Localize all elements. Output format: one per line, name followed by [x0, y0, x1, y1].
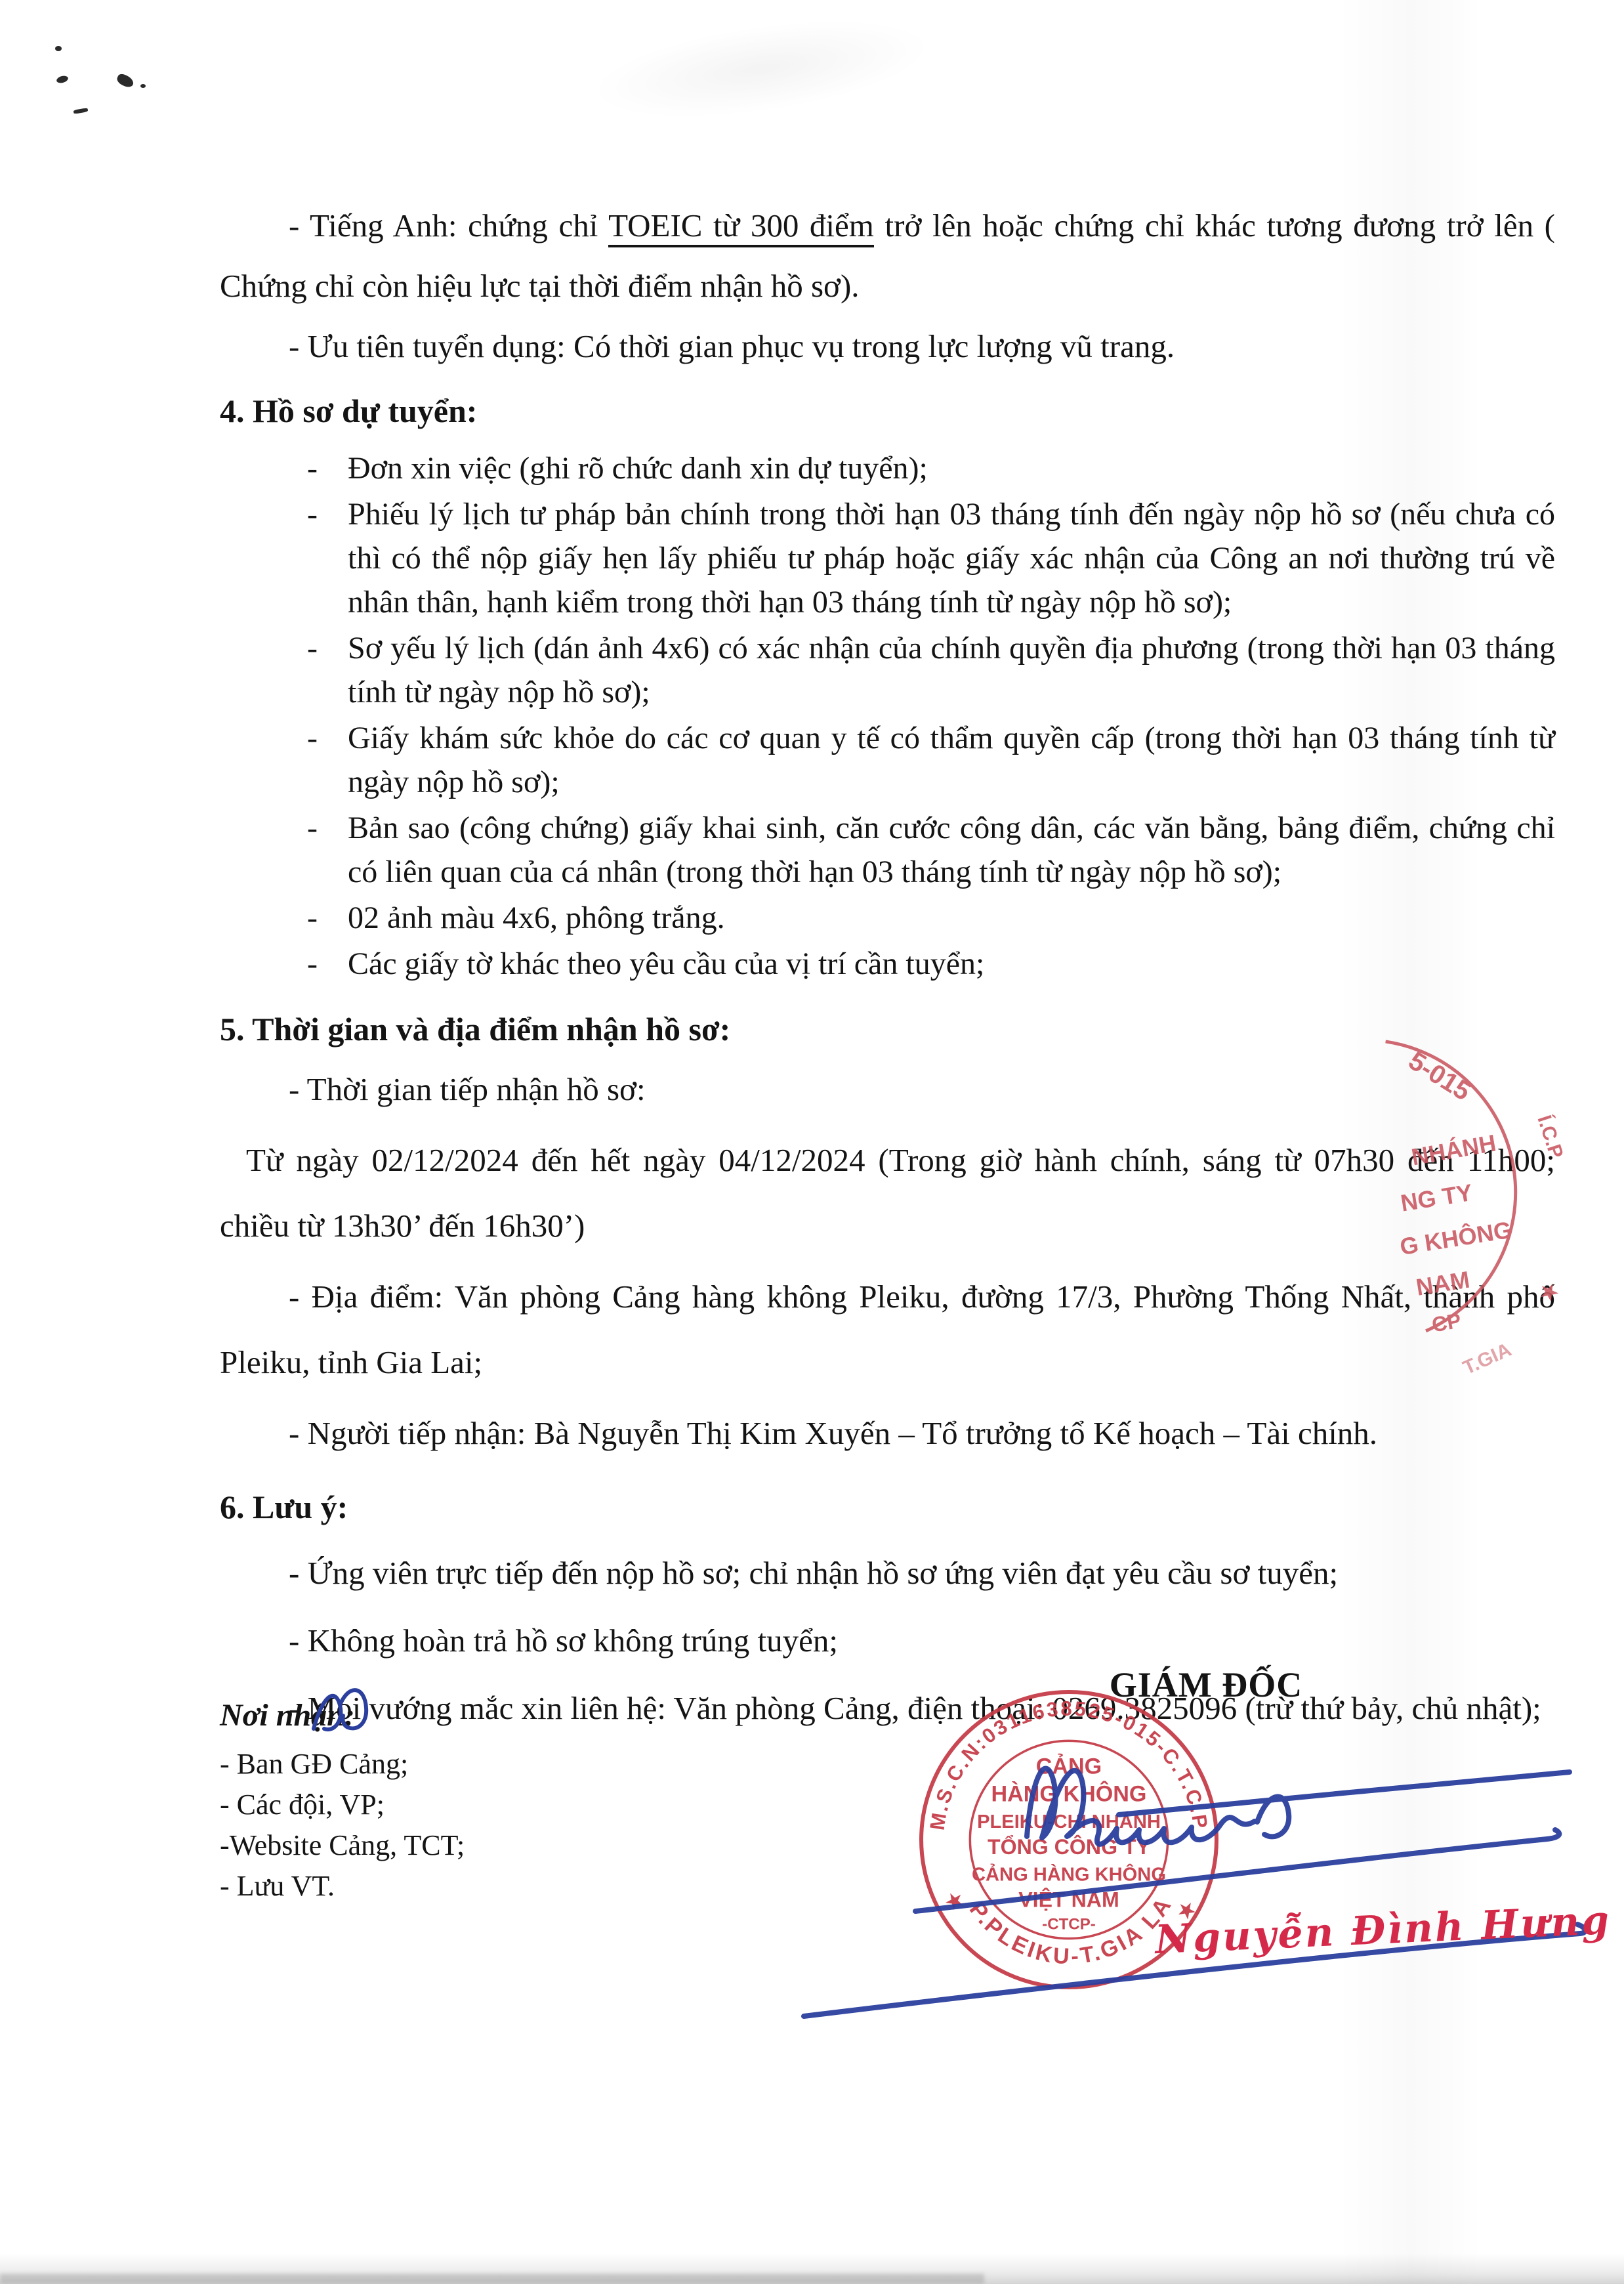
- partial-stamp-bottom: T.GIA: [1460, 1339, 1514, 1379]
- partial-stamp-line: NG TY: [1399, 1179, 1474, 1217]
- recipient-line: - Lưu VT.: [220, 1866, 465, 1907]
- list-item: -Giấy khám sức khỏe do các cơ quan y tế …: [348, 716, 1555, 804]
- section-6-title: 6. Lưu ý:: [220, 1477, 1555, 1537]
- toeic-underline: TOEIC từ 300 điểm: [608, 207, 874, 247]
- intro-text-pre: - Tiếng Anh: chứng chỉ: [289, 207, 608, 243]
- signature-stroke-upper: [1119, 1772, 1570, 1815]
- list-item: -Các giấy tờ khác theo yêu cầu của vị tr…: [348, 942, 1555, 986]
- list-item-text: Giấy khám sức khỏe do các cơ quan y tế c…: [348, 721, 1555, 799]
- section-4-title: 4. Hồ sơ dự tuyển:: [220, 381, 1555, 441]
- scan-edge-band: [0, 2273, 984, 2284]
- signature-ink: [735, 1680, 1594, 2048]
- note-line: - Ứng viên trực tiếp đến nộp hồ sơ; chỉ …: [220, 1541, 1555, 1605]
- location-line: - Địa điểm: Văn phòng Cảng hàng không Pl…: [220, 1264, 1555, 1395]
- item-marker: -: [307, 806, 318, 850]
- partial-stamp-code: 5-015: [1404, 1046, 1476, 1107]
- note-line: - Không hoàn trả hồ sơ không trúng tuyển…: [220, 1609, 1555, 1672]
- list-item-text: 02 ảnh màu 4x6, phông trắng.: [348, 900, 725, 935]
- partial-stamp-line: CP: [1430, 1308, 1463, 1336]
- pen-mark-stroke: [340, 1690, 366, 1728]
- item-marker: -: [307, 942, 318, 986]
- pen-mark: [307, 1678, 406, 1750]
- item-marker: -: [307, 896, 318, 940]
- list-item: -Phiếu lý lịch tư pháp bản chính trong t…: [348, 492, 1555, 624]
- item-marker: -: [307, 716, 318, 760]
- pen-mark-stroke: [314, 1696, 341, 1729]
- partial-stamp-line: NHÁNH: [1409, 1130, 1498, 1171]
- list-item-text: Đơn xin việc (ghi rõ chức danh xin dự tu…: [348, 451, 928, 486]
- item-marker: -: [307, 446, 318, 490]
- partial-stamp-line: NAM: [1414, 1266, 1471, 1301]
- partial-stamp: 5-015 Í.C.P NHÁNH NG TY G KHÔNG NAM CP ★…: [1358, 999, 1624, 1403]
- list-item-text: Sơ yếu lý lịch (dán ảnh 4x6) có xác nhận…: [348, 631, 1555, 709]
- item-marker: -: [307, 626, 318, 670]
- star-icon: ★: [1534, 1276, 1564, 1309]
- time-range-paragraph: Từ ngày 02/12/2024 đến hết ngày 04/12/20…: [220, 1128, 1555, 1259]
- list-item: -02 ảnh màu 4x6, phông trắng.: [348, 896, 1555, 940]
- section-5-title: 5. Thời gian và địa điểm nhận hồ sơ:: [220, 999, 1555, 1059]
- time-label-line: - Thời gian tiếp nhận hồ sơ:: [220, 1059, 1555, 1120]
- list-item-text: Các giấy tờ khác theo yêu cầu của vị trí…: [348, 946, 984, 981]
- list-item: -Bản sao (công chứng) giấy khai sinh, că…: [348, 806, 1555, 894]
- partial-stamp-side: Í.C.P: [1533, 1112, 1568, 1161]
- dossier-list: -Đơn xin việc (ghi rõ chức danh xin dự t…: [220, 446, 1555, 986]
- priority-line: - Ưu tiên tuyển dụng: Có thời gian phục …: [220, 316, 1555, 377]
- list-item: -Sơ yếu lý lịch (dán ảnh 4x6) có xác nhậ…: [348, 626, 1555, 714]
- scanned-document-page: - Tiếng Anh: chứng chỉ TOEIC từ 300 điểm…: [0, 0, 1624, 2284]
- recipient-line: -Website Cảng, TCT;: [220, 1825, 465, 1866]
- document-body: - Tiếng Anh: chứng chỉ TOEIC từ 300 điểm…: [0, 0, 1624, 1740]
- intro-paragraph: - Tiếng Anh: chứng chỉ TOEIC từ 300 điểm…: [220, 196, 1555, 316]
- receiver-line: - Người tiếp nhận: Bà Nguyễn Thị Kim Xuy…: [220, 1401, 1555, 1466]
- recipient-line: - Ban GĐ Cảng;: [220, 1744, 465, 1785]
- partial-stamp-line: G KHÔNG: [1398, 1216, 1513, 1260]
- list-item-text: Phiếu lý lịch tư pháp bản chính trong th…: [348, 497, 1555, 620]
- item-marker: -: [307, 492, 318, 536]
- list-item: -Đơn xin việc (ghi rõ chức danh xin dự t…: [348, 446, 1555, 490]
- signature-stroke-middle: [915, 1830, 1559, 1911]
- list-item-text: Bản sao (công chứng) giấy khai sinh, căn…: [348, 811, 1555, 889]
- recipient-line: - Các đội, VP;: [220, 1785, 465, 1825]
- partial-stamp-fragments: NHÁNH NG TY G KHÔNG NAM CP: [1388, 1128, 1523, 1339]
